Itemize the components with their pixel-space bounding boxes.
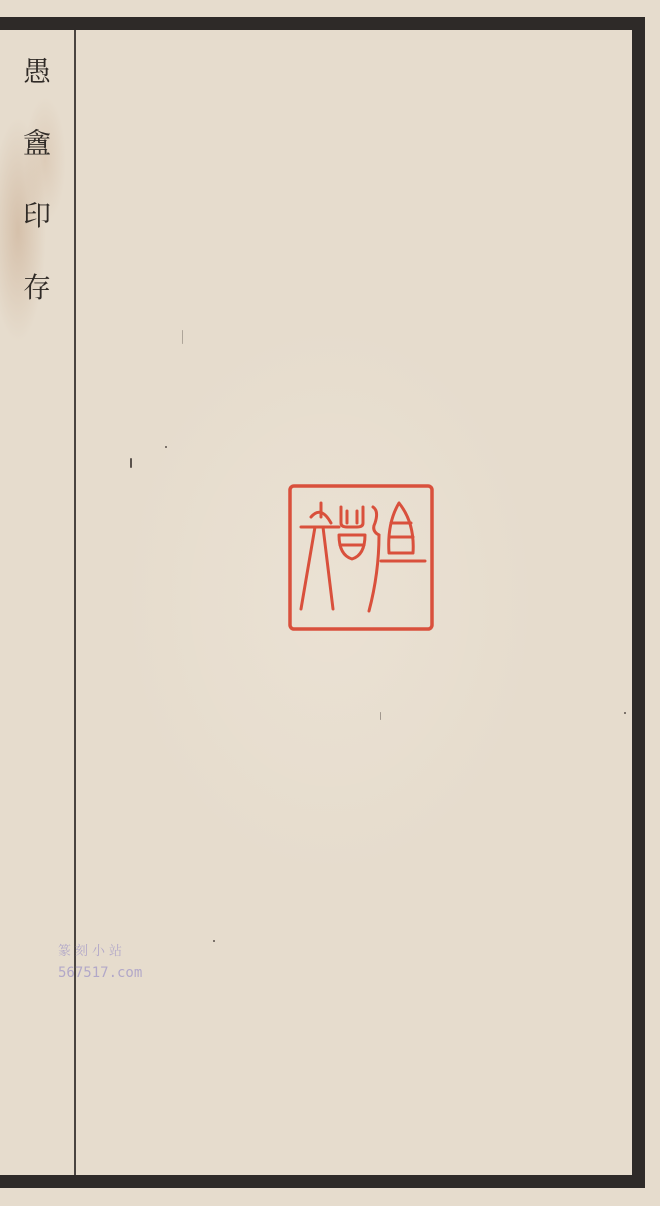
- site-watermark: 篆刻小站 567517.com: [58, 944, 142, 982]
- title-char-2: 盦: [23, 130, 51, 158]
- title-column-divider: [74, 30, 76, 1175]
- title-char-4: 存: [23, 274, 51, 302]
- paper-speck: [380, 712, 381, 720]
- watermark-name: 篆刻小站: [58, 944, 142, 960]
- frame-border-top: [0, 17, 645, 30]
- paper-speck: [130, 458, 132, 468]
- frame-border-bottom: [0, 1175, 645, 1188]
- paper-speck: [182, 330, 183, 344]
- vertical-book-title: 愚 盦 印 存: [18, 58, 56, 346]
- title-char-3: 印: [23, 202, 51, 230]
- paper-speck: [165, 446, 167, 448]
- paper-speck: [624, 712, 626, 714]
- seal-impression: [287, 483, 435, 632]
- paper-speck: [213, 940, 215, 942]
- seal-script-glyph-icon: [287, 483, 435, 632]
- title-char-1: 愚: [23, 58, 51, 86]
- frame-border-right: [632, 17, 645, 1188]
- watermark-url: 567517.com: [58, 964, 142, 982]
